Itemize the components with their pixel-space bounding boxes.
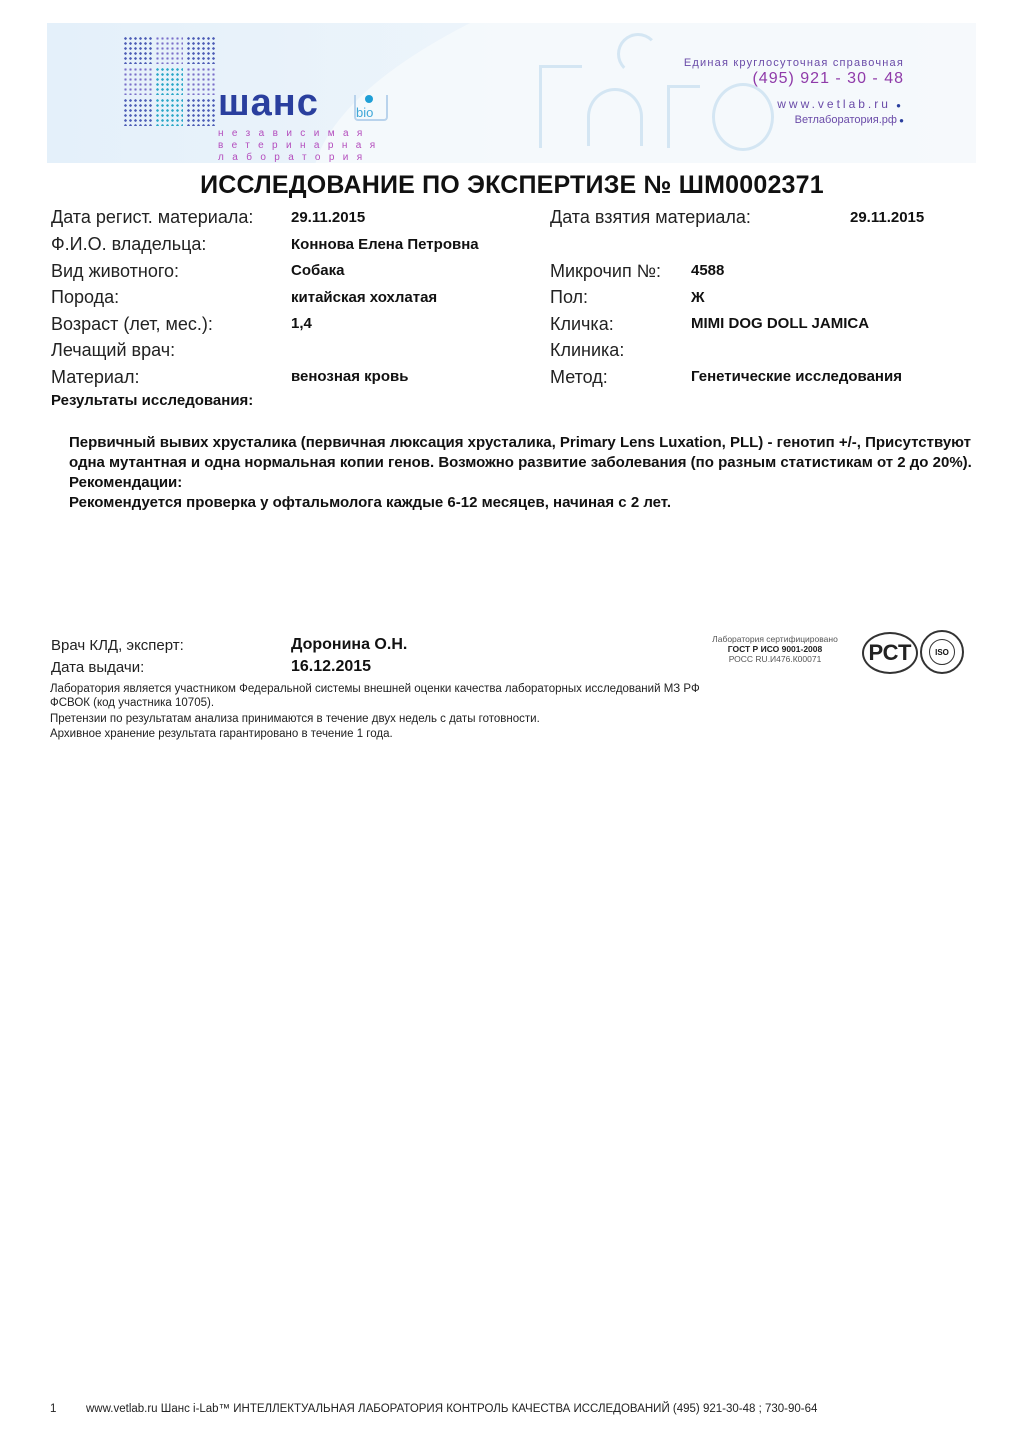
site-link-vetlab[interactable]: www.vetlab.ru bbox=[684, 97, 904, 111]
pct-certification-icon: РСТ bbox=[862, 632, 918, 674]
field-value-material: венозная кровь bbox=[291, 368, 408, 385]
issue-date-value: 16.12.2015 bbox=[291, 658, 371, 676]
expert-value: Доронина О.Н. bbox=[291, 636, 407, 654]
cert-line-2: ГОСТ Р ИСО 9001-2008 bbox=[690, 644, 860, 654]
field-value-sex: Ж bbox=[691, 289, 705, 306]
logo-wordmark: шанс bbox=[218, 83, 319, 123]
field-label-method: Метод: bbox=[550, 367, 608, 388]
hotline-phone: (495) 921 - 30 - 48 bbox=[684, 70, 904, 88]
hotline-block: Единая круглосуточная справочная (495) 9… bbox=[684, 57, 904, 126]
cert-line-3: РОСС RU.И476.К00071 bbox=[690, 654, 860, 664]
recommendations-text: Рекомендуется проверка у офтальмолога ка… bbox=[69, 493, 989, 513]
logo-bio-text: bio bbox=[356, 105, 373, 120]
field-label-microchip: Микрочип №: bbox=[550, 261, 661, 282]
note-archive: Архивное хранение результата гарантирова… bbox=[50, 727, 393, 741]
field-label-reg-date: Дата регист. материала: bbox=[51, 207, 253, 228]
certification-block: Лаборатория сертифицировано ГОСТ Р ИСО 9… bbox=[690, 634, 860, 664]
field-label-nickname: Кличка: bbox=[550, 314, 614, 335]
results-body: Первичный вывих хрусталика (первичная лю… bbox=[69, 433, 989, 513]
recommendations-heading: Рекомендации: bbox=[69, 473, 989, 493]
field-label-species: Вид животного: bbox=[51, 261, 179, 282]
expert-label: Врач КЛД, эксперт: bbox=[51, 637, 184, 654]
field-label-clinic: Клиника: bbox=[550, 340, 624, 361]
field-value-nickname: MIMI DOG DOLL JAMICA bbox=[691, 315, 869, 332]
note-fsvok-code: ФСВОК (код участника 10705). bbox=[50, 696, 214, 710]
logo-tagline-1: независимая bbox=[218, 128, 371, 140]
field-value-age: 1,4 bbox=[291, 315, 312, 332]
decor-shape bbox=[617, 33, 659, 75]
field-label-owner: Ф.И.О. владельца: bbox=[51, 234, 206, 255]
field-label-collect-date: Дата взятия материала: bbox=[550, 207, 751, 228]
page-number: 1 bbox=[50, 1403, 56, 1415]
logo-tagline-2: ветеринарная bbox=[218, 140, 384, 152]
site-link-rf[interactable]: Ветлаборатория.рф bbox=[684, 114, 904, 126]
decor-shape bbox=[539, 65, 582, 148]
results-text: Первичный вывих хрусталика (первичная лю… bbox=[69, 433, 989, 473]
field-label-age: Возраст (лет, мес.): bbox=[51, 314, 213, 335]
field-value-collect-date: 29.11.2015 bbox=[850, 209, 924, 226]
hotline-label: Единая круглосуточная справочная bbox=[684, 57, 904, 69]
field-label-material: Материал: bbox=[51, 367, 139, 388]
field-value-microchip: 4588 bbox=[691, 262, 724, 279]
issue-date-label: Дата выдачи: bbox=[51, 659, 144, 676]
logo-bio-dot bbox=[365, 95, 373, 103]
iso-certification-icon: ISO bbox=[920, 630, 964, 674]
page-title: ИССЛЕДОВАНИЕ ПО ЭКСПЕРТИЗЕ № ШМ0002371 bbox=[0, 171, 1024, 200]
field-label-sex: Пол: bbox=[550, 287, 588, 308]
field-value-reg-date: 29.11.2015 bbox=[291, 209, 365, 226]
field-label-breed: Порода: bbox=[51, 287, 119, 308]
footer-text: www.vetlab.ru Шанс i-Lab™ ИНТЕЛЛЕКТУАЛЬН… bbox=[86, 1403, 817, 1415]
results-heading: Результаты исследования: bbox=[51, 392, 253, 409]
field-value-method: Генетические исследования bbox=[691, 368, 902, 385]
decor-shape bbox=[587, 88, 643, 146]
note-fsvok: Лаборатория является участником Федераль… bbox=[50, 682, 700, 696]
cert-line-1: Лаборатория сертифицировано bbox=[690, 634, 860, 644]
field-value-owner: Коннова Елена Петровна bbox=[291, 236, 479, 253]
field-label-doctor: Лечащий врач: bbox=[51, 340, 175, 361]
iso-label: ISO bbox=[929, 639, 955, 665]
field-value-species: Собака bbox=[291, 262, 344, 279]
logo-mark bbox=[123, 36, 215, 126]
header-banner: шанс bio независимая ветеринарная лабора… bbox=[47, 23, 976, 163]
field-value-breed: китайская хохлатая bbox=[291, 289, 437, 306]
logo-tagline-3: лаборатория bbox=[218, 152, 371, 163]
note-claims: Претензии по результатам анализа принима… bbox=[50, 712, 540, 726]
